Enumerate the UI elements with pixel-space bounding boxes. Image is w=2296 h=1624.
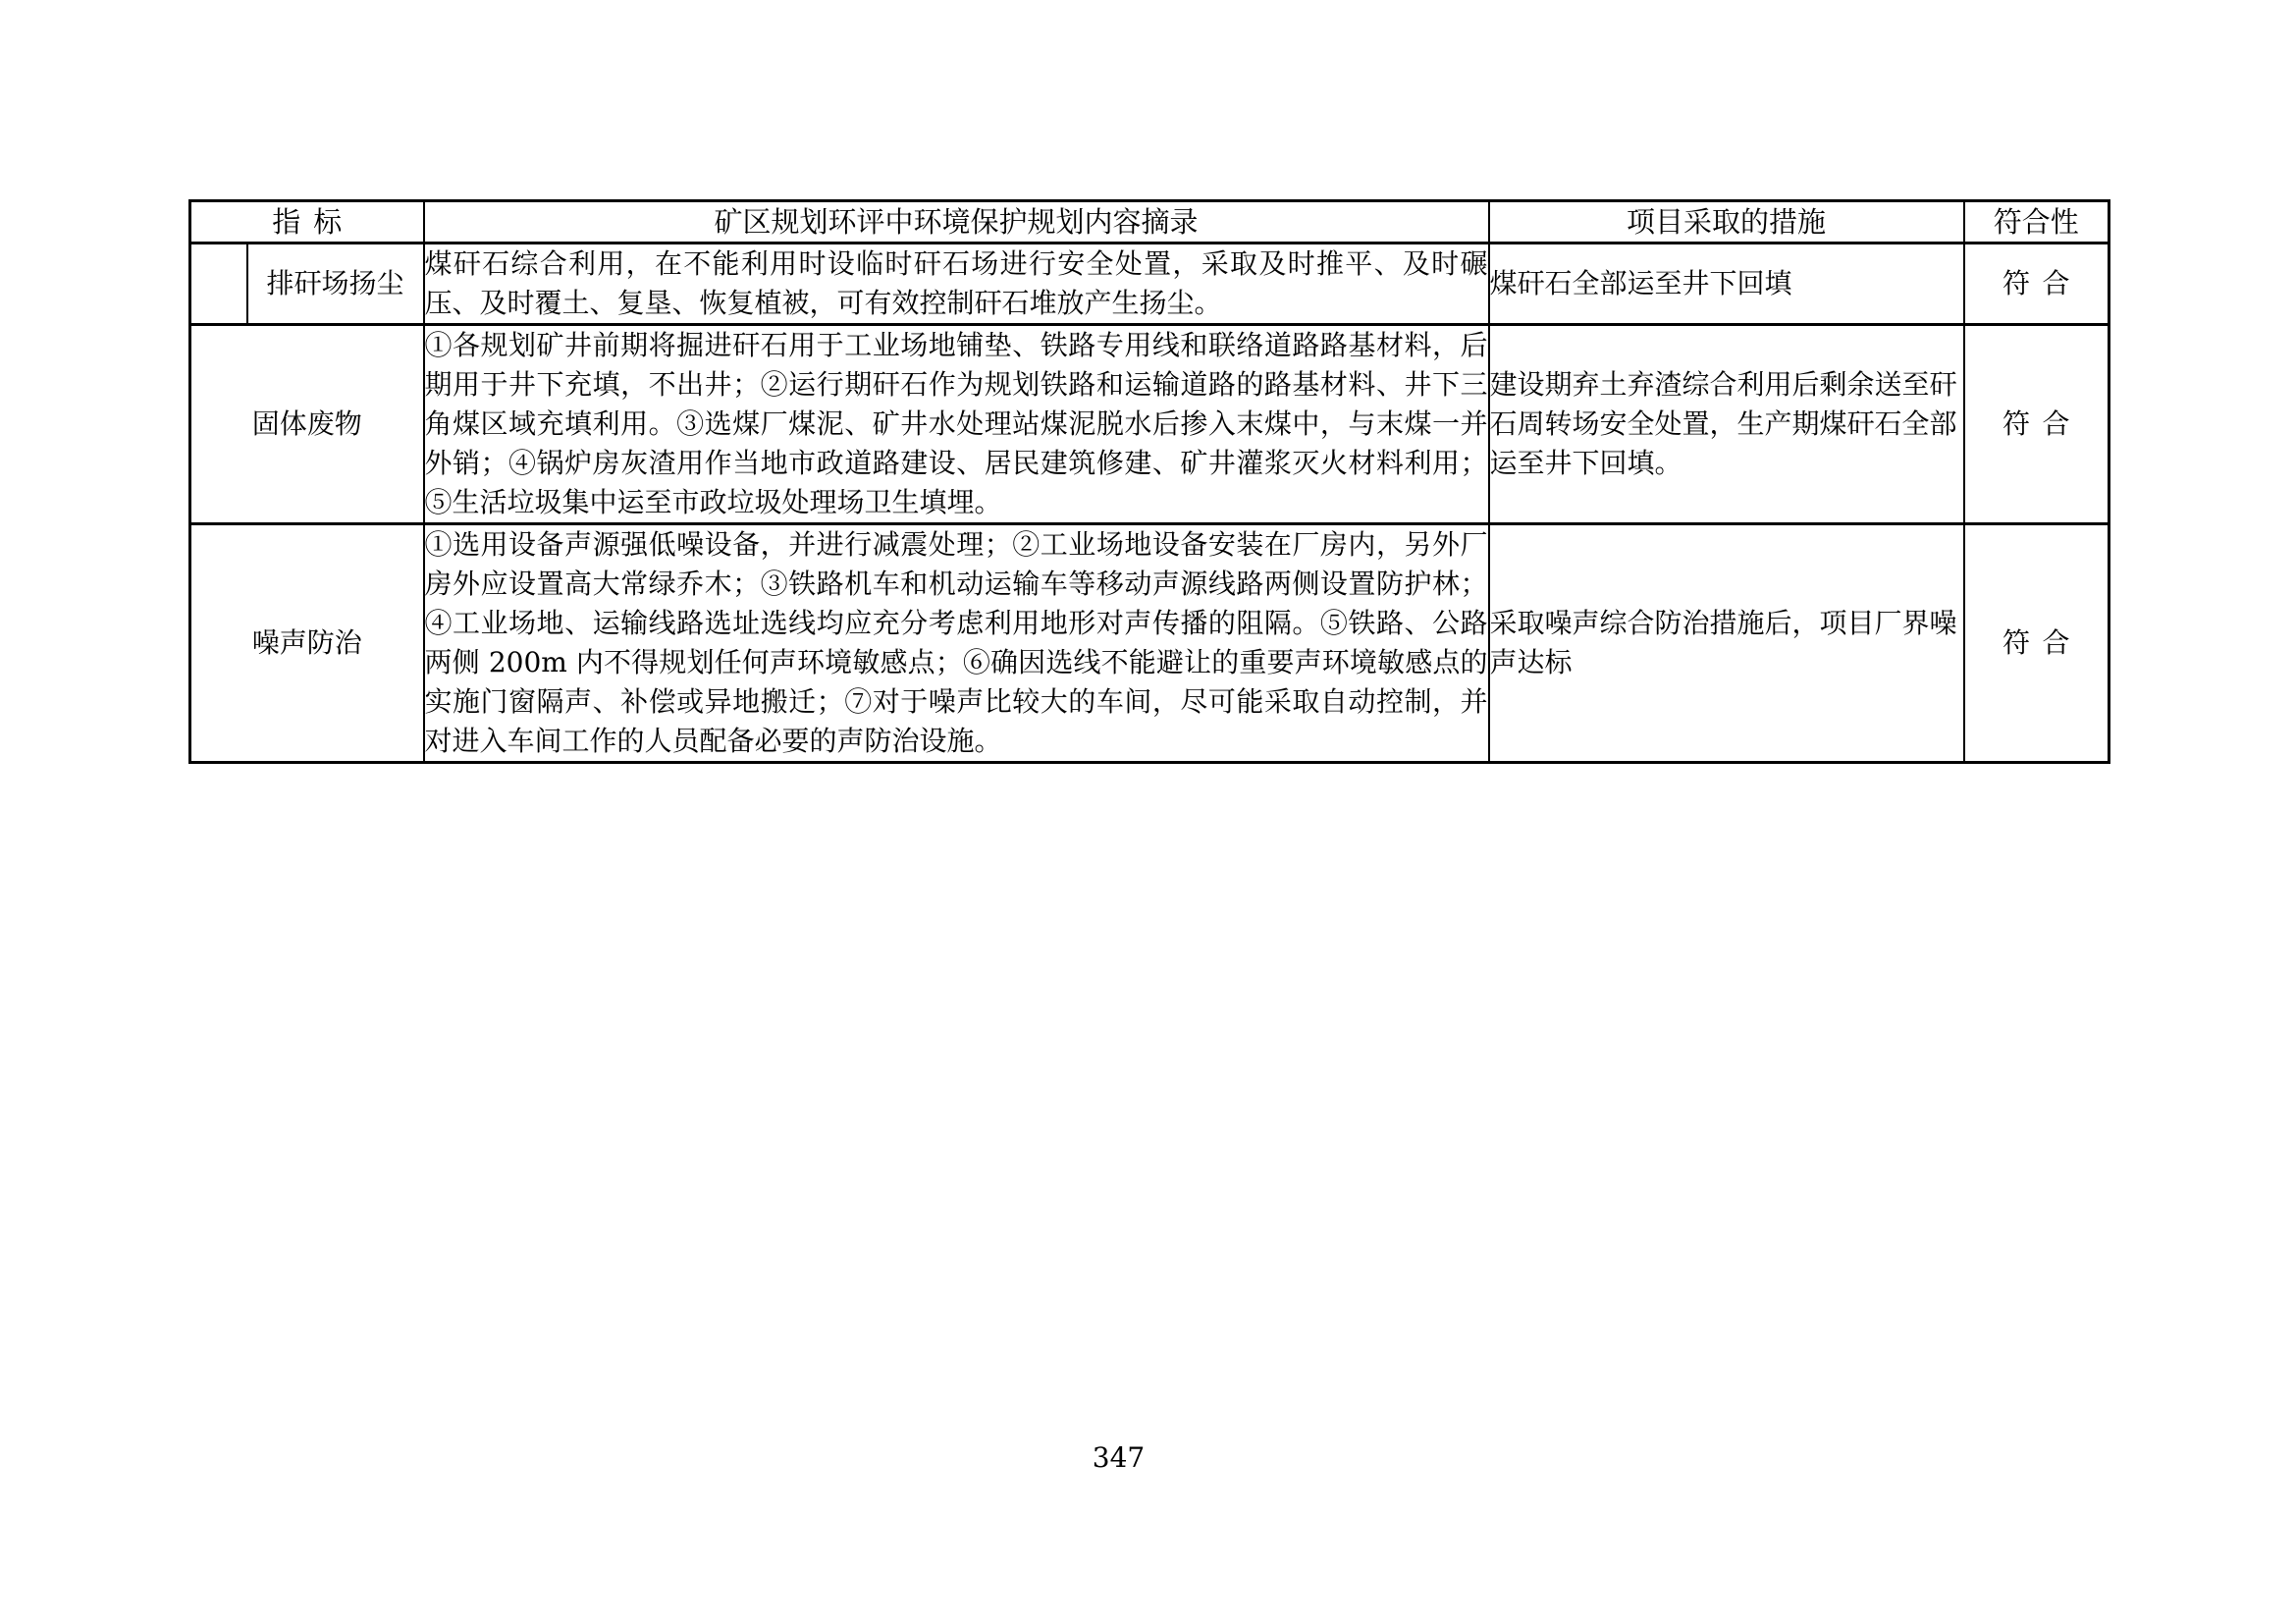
table-row-noise: 噪声防治 ①选用设备声源强低噪设备，并进行减震处理；②工业场地设备安装在厂房内，… bbox=[190, 524, 2109, 763]
row-excerpt-solid-waste: ①各规划矿井前期将掘进矸石用于工业场地铺垫、铁路专用线和联络道路路基材料，后期用… bbox=[424, 325, 1489, 524]
table-header-row: 指标 矿区规划环评中环境保护规划内容摘录 项目采取的措施 符合性 bbox=[190, 201, 2109, 244]
row-measures-dust: 煤矸石全部运至井下回填 bbox=[1489, 244, 1964, 325]
table-row-dust: 排矸场扬尘 煤矸石综合利用，在不能利用时设临时矸石场进行安全处置，采取及时推平、… bbox=[190, 244, 2109, 325]
page-number: 347 bbox=[0, 1441, 2237, 1475]
row-measures-solid-waste: 建设期弃土弃渣综合利用后剩余送至矸石周转场安全处置，生产期煤矸石全部运至井下回填… bbox=[1489, 325, 1964, 524]
row-compliance-dust: 符合 bbox=[1964, 244, 2109, 325]
column-header-indicator-label: 指标 bbox=[272, 205, 354, 239]
row-indicator-noise: 噪声防治 bbox=[190, 524, 424, 763]
column-header-compliance: 符合性 bbox=[1964, 201, 2109, 244]
row-measures-noise: 采取噪声综合防治措施后，项目厂界噪声达标 bbox=[1489, 524, 1964, 763]
compliance-table: 指标 矿区规划环评中环境保护规划内容摘录 项目采取的措施 符合性 排矸场扬尘 煤… bbox=[188, 199, 2110, 764]
row-indicator-solid-waste: 固体废物 bbox=[190, 325, 424, 524]
row-compliance-noise: 符合 bbox=[1964, 524, 2109, 763]
table-row-solid-waste: 固体废物 ①各规划矿井前期将掘进矸石用于工业场地铺垫、铁路专用线和联络道路路基材… bbox=[190, 325, 2109, 524]
row-compliance-solid-waste-label: 符合 bbox=[2002, 407, 2082, 440]
column-header-measures: 项目采取的措施 bbox=[1489, 201, 1964, 244]
column-header-excerpt: 矿区规划环评中环境保护规划内容摘录 bbox=[424, 201, 1489, 244]
document-page: 指标 矿区规划环评中环境保护规划内容摘录 项目采取的措施 符合性 排矸场扬尘 煤… bbox=[0, 0, 2296, 1624]
row-compliance-dust-label: 符合 bbox=[2002, 267, 2082, 299]
row-excerpt-dust: 煤矸石综合利用，在不能利用时设临时矸石场进行安全处置，采取及时推平、及时碾压、及… bbox=[424, 244, 1489, 325]
row-indicator-dust: 排矸场扬尘 bbox=[247, 244, 424, 325]
empty-stub-cell bbox=[190, 244, 247, 325]
row-compliance-noise-label: 符合 bbox=[2002, 626, 2082, 659]
row-excerpt-noise: ①选用设备声源强低噪设备，并进行减震处理；②工业场地设备安装在厂房内，另外厂房外… bbox=[424, 524, 1489, 763]
row-compliance-solid-waste: 符合 bbox=[1964, 325, 2109, 524]
column-header-indicator: 指标 bbox=[190, 201, 424, 244]
